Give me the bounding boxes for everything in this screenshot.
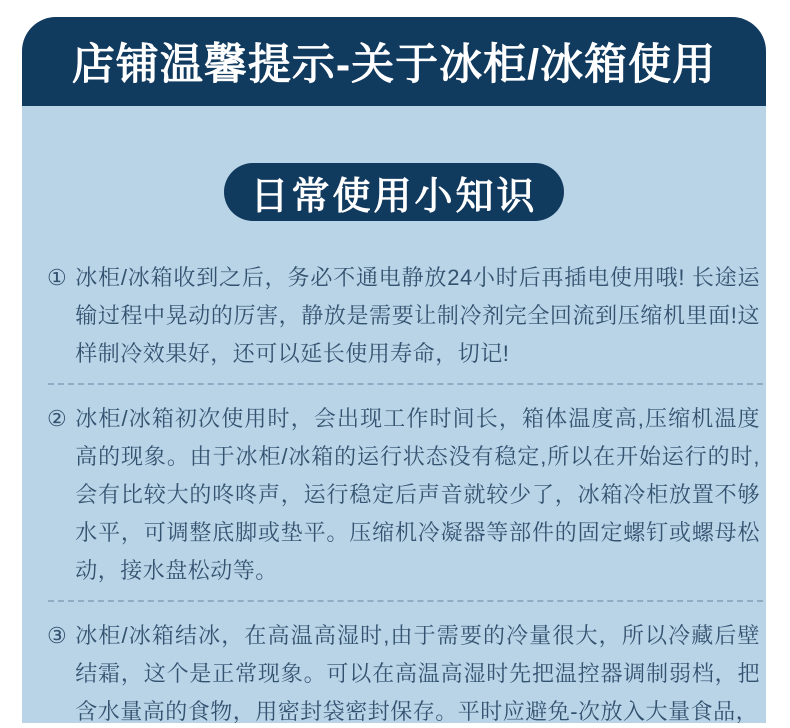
tip-number-1: ① — [47, 259, 67, 297]
section-badge: 日常使用小知识 — [224, 163, 564, 221]
notice-header: 店铺温馨提示-关于冰柜/冰箱使用 — [22, 17, 766, 106]
tip-text-1: 冰柜/冰箱收到之后，务必不通电静放24小时后再插电使用哦! 长途运输过程中晃动的… — [75, 259, 760, 373]
tip-number-2: ② — [47, 400, 67, 438]
page-title: 店铺温馨提示-关于冰柜/冰箱使用 — [72, 31, 716, 92]
dashed-divider-1 — [48, 383, 763, 385]
tip-number-3: ③ — [47, 617, 67, 655]
dashed-divider-2 — [48, 600, 763, 602]
section-badge-label: 日常使用小知识 — [250, 165, 537, 220]
tip-text-3: 冰柜/冰箱结冰，在高温高湿时,由于需要的冷量很大，所以冷藏后壁结霜，这个是正常现… — [75, 617, 760, 723]
notice-page: 店铺温馨提示-关于冰柜/冰箱使用 日常使用小知识 ① 冰柜/冰箱收到之后，务必不… — [0, 0, 790, 728]
tip-text-2: 冰柜/冰箱初次使用时，会出现工作时间长，箱体温度高,压缩机温度高的现象。由于冰柜… — [75, 400, 760, 590]
notice-body: 日常使用小知识 ① 冰柜/冰箱收到之后，务必不通电静放24小时后再插电使用哦! … — [22, 106, 766, 723]
tip-item: ③ 冰柜/冰箱结冰，在高温高湿时,由于需要的冷量很大，所以冷藏后壁结霜，这个是正… — [47, 617, 760, 723]
tip-item: ① 冰柜/冰箱收到之后，务必不通电静放24小时后再插电使用哦! 长途运输过程中晃… — [47, 259, 760, 373]
tip-item: ② 冰柜/冰箱初次使用时，会出现工作时间长，箱体温度高,压缩机温度高的现象。由于… — [47, 400, 760, 590]
